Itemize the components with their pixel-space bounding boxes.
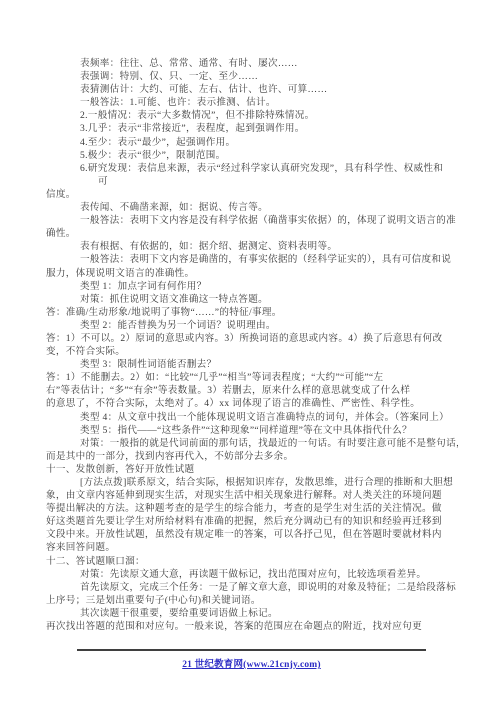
text-line: 而是其中的一部分，找到内容再代入，不妨部分去多余。 — [46, 450, 458, 463]
footer-link[interactable]: 21 世纪教育网(www.21cnjy.com) — [182, 660, 321, 670]
text-line: 首先读原文，完成三个任务：一是了解文章大意，即说明的对象及特征；二是给段落标 — [46, 581, 458, 594]
text-line: 可 — [46, 175, 458, 188]
text-line: 表频率：往往、总、常常、通常、有时、屡次…… — [46, 57, 458, 70]
text-line: 表强调：特别、仅、只、一定、至少…… — [46, 70, 458, 83]
text-line: 一般答法：表明下文内容是没有科学依据（确凿事实依据）的，体现了说明文语言的准 — [46, 214, 458, 227]
text-line: 4.至少：表示“最少”，起强调作用。 — [46, 136, 458, 149]
text-line: [方法点拨]联系原文，结合实际，根据知识库存，发散思维，进行合理的推断和大胆想 — [46, 476, 458, 489]
text-line: 表传闻、不确凿来源，如：据说、传言等。 — [46, 201, 458, 214]
text-line: 十二、答试题顺口溜： — [46, 555, 458, 568]
text-line: 容来回答问题。 — [46, 541, 458, 554]
text-line: 等提出解决的方法。这种题考查的是学生的综合能力，考查的是学生对生活的关注情况。做 — [46, 502, 458, 515]
text-line: 上序号；三是划出重要句子(中心句)和关键词语。 — [46, 594, 458, 607]
text-line: 其次读题干很重要，要给重要词语做上标记。 — [46, 607, 458, 620]
text-line: 象，由文章内容延伸到现实生活，对现实生活中相关现象进行解释。对人类关注的环境问题 — [46, 489, 458, 502]
text-line: 一般答法：表明下文内容是确凿的，有事实依据的（经科学证实的），具有可信度和说 — [46, 253, 458, 266]
text-line: 变，不符合实际。 — [46, 345, 458, 358]
text-line: 一般答法：1.可能、也许：表示推测、估计。 — [46, 96, 458, 109]
text-line: 表有根据、有依据的，如：据介绍、据测定、资料表明等。 — [46, 240, 458, 253]
text-line: 2.一般情况：表示“大多数情况”，但不排除特殊情况。 — [46, 109, 458, 122]
text-line: 再次找出答题的范围和对应句。一般来说，答案的范围应在命题点的附近，找对应句更 — [46, 620, 458, 633]
document-body: 表频率：往往、总、常常、通常、有时、屡次……表强调：特别、仅、只、一定、至少……… — [46, 57, 458, 633]
text-line: 信度。 — [46, 188, 458, 201]
text-line: 3.几乎：表示“非常接近”，表程度，起到强调作用。 — [46, 122, 458, 135]
text-line: 答：准确/生动形象/地说明了事物“……”的特征/事理。 — [46, 306, 458, 319]
text-line: 类型 2：能否替换为另一个词语？说明理由。 — [46, 319, 458, 332]
text-line: 好这类题首先要让学生对所给材料有准确的把握，然后充分调动已有的知识和经验再迁移到 — [46, 515, 458, 528]
text-line: 文段中来。开放性试题，虽然没有规定唯一的答案，可以各抒己见，但在答题时要就材料内 — [46, 528, 458, 541]
footer-divider — [77, 649, 426, 651]
text-line: 类型 4：从文章中找出一个能体现说明文语言准确特点的词句，并体会。（答案同上） — [46, 411, 458, 424]
text-line: 答：1）不可以。2）原词的意思或内容。3）所换词语的意思或内容。4）换了后意思有… — [46, 332, 458, 345]
text-line: 确性。 — [46, 227, 458, 240]
text-line: 服力，体现说明文语言的准确性。 — [46, 267, 458, 280]
text-line: 对策：抓住说明文语文准确这一特点答题。 — [46, 293, 458, 306]
text-line: 类型 5：指代——“这些条件”“这种现象”“同样道理”等在文中具体指代什么？ — [46, 424, 458, 437]
text-line: 表猜测估计：大约、可能、左右、估计、也许、可算…… — [46, 83, 458, 96]
footer: 21 世纪教育网(www.21cnjy.com) — [77, 654, 426, 672]
text-line: 右”等表估计；“多”“有余”等表数量。3）若删去，原来什么样的意思就变成了什么样 — [46, 384, 458, 397]
text-line: 对策：先读原文通大意，再读题干做标记，找出范围对应句，比较选项看差异。 — [46, 568, 458, 581]
text-line: 十一、发散创新，答好开放性试题 — [46, 463, 458, 476]
document-page: 表频率：往往、总、常常、通常、有时、屡次……表强调：特别、仅、只、一定、至少……… — [0, 0, 500, 707]
text-line: 类型 1：加点字词有何作用？ — [46, 280, 458, 293]
text-line: 5.极少：表示“很少”，限制范围。 — [46, 149, 458, 162]
text-line: 的意思了，不符合实际，太绝对了。4）xx 词体现了语言的准确性、严密性、科学性。 — [46, 397, 458, 410]
text-line: 6.研究发现：表信息来源，表示“经过科学家认真研究发现”，具有科学性、权威性和 — [46, 162, 458, 175]
text-line: 类型 3：限制性词语能否删去？ — [46, 358, 458, 371]
text-line: 对策：一般指的就是代词前面的那句话，找最近的一句话。有时要注意可能不是整句话， — [46, 437, 458, 450]
text-line: 答：1）不能删去。2）如：“比较”“几乎”“相当”等词表程度；“大约”“可能”“… — [46, 371, 458, 384]
